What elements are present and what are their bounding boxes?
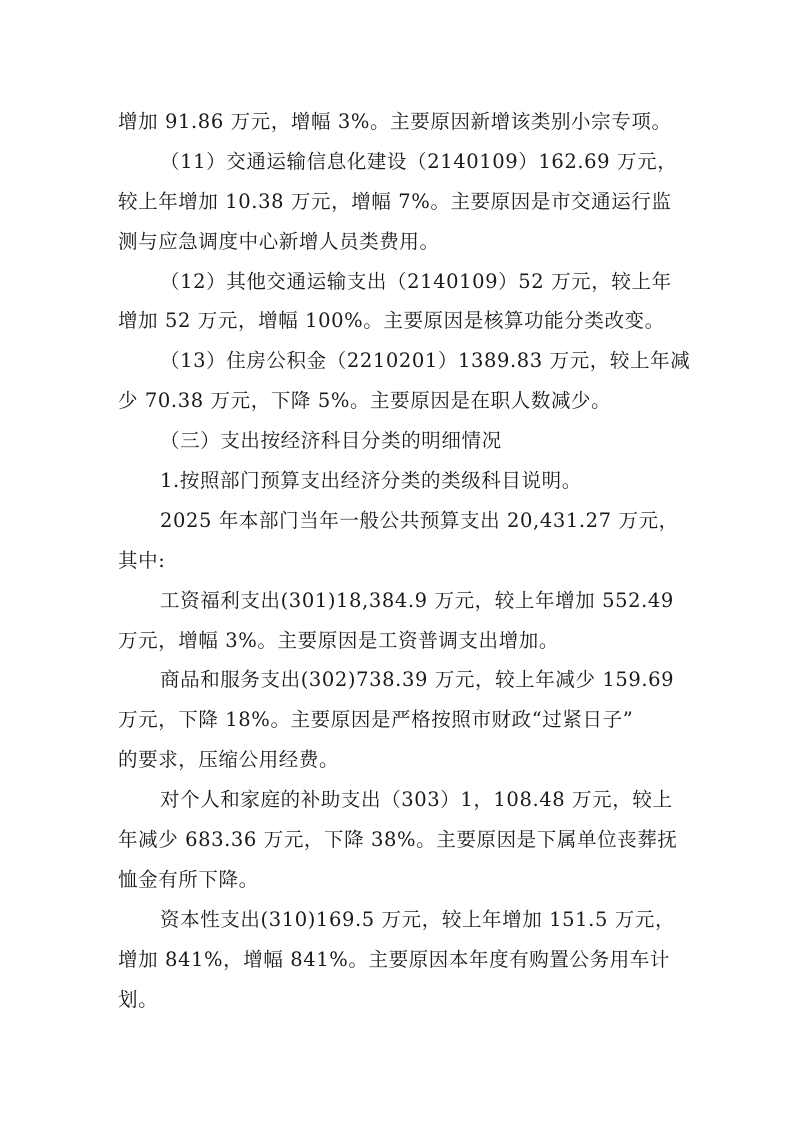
- line-text: 较上年增加 10.38 万元，增幅 7%。主要原因是市交通运行监: [118, 190, 672, 213]
- text-line: 恤金有所下降。: [118, 868, 676, 908]
- subsection-heading: 1.按照部门预算支出经济分类的类级科目说明。: [118, 469, 676, 509]
- document-page: 增加 91.86 万元，增幅 3%。主要原因新增该类别小宗专项。 （11）交通运…: [118, 110, 676, 1027]
- text-line: 万元，增幅 3%。主要原因是工资普调支出增加。: [118, 629, 676, 669]
- line-text: 增加 841%，增幅 841%。主要原因本年度有购置公务用车计: [118, 948, 670, 971]
- text-line: 划。: [118, 988, 676, 1028]
- text-line: 商品和服务支出(302)738.39 万元，较上年减少 159.69: [118, 668, 676, 708]
- text-line: 万元，下降 18%。主要原因是严格按照市财政“过紧日子”: [118, 708, 676, 748]
- text-line: 测与应急调度中心新增人员类费用。: [118, 230, 676, 270]
- line-text: 工资福利支出(301)18,384.9 万元，较上年增加 552.49: [160, 589, 674, 612]
- text-line: 对个人和家庭的补助支出（303）1，108.48 万元，较上: [118, 788, 676, 828]
- text-line: 的要求，压缩公用经费。: [118, 748, 676, 788]
- line-text: 2025 年本部门当年一般公共预算支出 20,431.27 万元，: [160, 509, 679, 532]
- text-line: 资本性支出(310)169.5 万元，较上年增加 151.5 万元，: [118, 908, 676, 948]
- line-text: 商品和服务支出(302)738.39 万元，较上年减少 159.69: [160, 668, 674, 691]
- line-text: 资本性支出(310)169.5 万元，较上年增加 151.5 万元，: [160, 908, 675, 931]
- text-line: 其中:: [118, 549, 676, 589]
- line-text: （11）交通运输信息化建设（2140109）162.69 万元，: [160, 150, 677, 173]
- line-text: （13）住房公积金（2210201）1389.83 万元，较上年减: [160, 349, 690, 372]
- text-line: （11）交通运输信息化建设（2140109）162.69 万元，: [118, 150, 676, 190]
- text-line: 年减少 683.36 万元，下降 38%。主要原因是下属单位丧葬抚: [118, 828, 676, 868]
- text-line: 工资福利支出(301)18,384.9 万元，较上年增加 552.49: [118, 589, 676, 629]
- line-text: 增加 52 万元，增幅 100%。主要原因是核算功能分类改变。: [118, 309, 665, 332]
- text-line: （12）其他交通运输支出（2140109）52 万元，较上年: [118, 270, 676, 310]
- line-text: 恤金有所下降。: [118, 868, 259, 891]
- text-line: 增加 841%，增幅 841%。主要原因本年度有购置公务用车计: [118, 948, 676, 988]
- line-text: （12）其他交通运输支出（2140109）52 万元，较上年: [160, 270, 672, 293]
- line-text: 划。: [118, 988, 158, 1011]
- heading-text: 1.按照部门预算支出经济分类的类级科目说明。: [160, 469, 582, 492]
- text-line: 增加 52 万元，增幅 100%。主要原因是核算功能分类改变。: [118, 309, 676, 349]
- line-text: 少 70.38 万元，下降 5%。主要原因是在职人数减少。: [118, 389, 611, 412]
- text-line: （13）住房公积金（2210201）1389.83 万元，较上年减: [118, 349, 676, 389]
- line-text: 年减少 683.36 万元，下降 38%。主要原因是下属单位丧葬抚: [118, 828, 677, 851]
- line-text: 增加 91.86 万元，增幅 3%。主要原因新增该类别小宗专项。: [118, 110, 672, 133]
- line-text: 万元，增幅 3%。主要原因是工资普调支出增加。: [118, 629, 559, 652]
- line-text: 的要求，压缩公用经费。: [118, 748, 339, 771]
- text-line: 增加 91.86 万元，增幅 3%。主要原因新增该类别小宗专项。: [118, 110, 676, 150]
- line-text: 万元，下降 18%。主要原因是严格按照市财政“过紧日子”: [118, 708, 633, 731]
- section-heading: （三）支出按经济科目分类的明细情况: [118, 429, 676, 469]
- text-line: 较上年增加 10.38 万元，增幅 7%。主要原因是市交通运行监: [118, 190, 676, 230]
- line-text: 对个人和家庭的补助支出（303）1，108.48 万元，较上: [160, 788, 673, 811]
- heading-text: （三）支出按经济科目分类的明细情况: [160, 429, 502, 452]
- text-line: 2025 年本部门当年一般公共预算支出 20,431.27 万元，: [118, 509, 676, 549]
- line-text: 测与应急调度中心新增人员类费用。: [118, 230, 440, 253]
- text-line: 少 70.38 万元，下降 5%。主要原因是在职人数减少。: [118, 389, 676, 429]
- line-text: 其中:: [118, 549, 165, 572]
